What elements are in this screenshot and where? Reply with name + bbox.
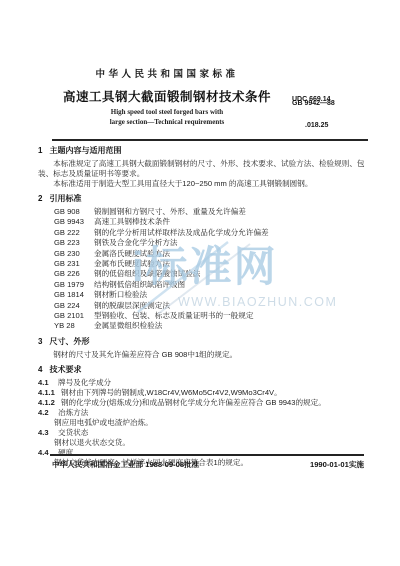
section-4-title: 技术要求: [49, 365, 81, 374]
section-3-paragraph-1: 钢材的尺寸及其允许偏差应符合 GB 908中1组的规定。: [38, 350, 368, 360]
ref-standard-code: GB 231: [54, 259, 94, 269]
clause-line: 4.2冶炼方法: [38, 408, 368, 418]
udc-classification: UDC 669.14 .018.25: [292, 79, 331, 147]
ref-standard-name: 金属布氏硬度试验方法: [94, 259, 170, 268]
document-title: 高速工具钢大截面锻制钢材技术条件: [0, 87, 334, 105]
ref-standard-code: GB 223: [54, 238, 94, 248]
footer: 中华人民共和国冶金工业部 1988-09-08批准 1990-01-01实施: [52, 459, 364, 470]
ref-standard-code: GB 222: [54, 228, 94, 238]
section-2-heading: 2引用标准: [38, 194, 368, 204]
ref-standard-code: GB 9943: [54, 217, 94, 227]
ref-standard-row: GB 908锻制圆钢和方钢尺寸、外形、重量及允许偏差: [54, 207, 368, 217]
ref-standard-name: 金属洛氏硬度试验方法: [94, 249, 170, 258]
scanned-standard-document-page: 中华人民共和国国家标准 高速工具钢大截面锻制钢材技术条件 High speed …: [0, 0, 400, 566]
clause-line: 4.1牌号及化学成分: [38, 378, 368, 388]
subtitle-line-1: High speed tool steel forged bars with: [0, 107, 334, 117]
header-divider-rule: [52, 139, 368, 141]
section-3-title: 尺寸、外形: [49, 337, 89, 346]
section-1-heading: 1主题内容与适用范围: [38, 146, 368, 156]
clause-line: 4.3交货状态: [38, 428, 368, 438]
ref-standard-name: 钢的脱碳层深度测定法: [94, 301, 170, 310]
ref-standard-name: 结构钢低倍组织缺陷评级图: [94, 280, 185, 289]
clause-number: 4.1: [38, 378, 52, 388]
section-1-paragraph-2: 本标准适用于制造大型工具用直径大于120~250 mm 的高速工具钢锻制圆钢。: [38, 179, 368, 189]
ref-standard-code: GB 226: [54, 269, 94, 279]
ref-standard-row: GB 224钢的脱碳层深度测定法: [54, 301, 368, 311]
subtitle-line-2: large section—Technical requirements: [0, 117, 334, 127]
section-4-number: 4: [38, 365, 42, 375]
standard-number: GB 9942—88: [292, 100, 335, 107]
ref-standard-code: GB 224: [54, 301, 94, 311]
ref-standard-row: GB 9943高速工具钢棒技术条件: [54, 217, 368, 227]
ref-standard-row: YB 28金属显微组织检验法: [54, 321, 368, 331]
section-3-heading: 3尺寸、外形: [38, 337, 368, 347]
clause-text: 钢的化学成分(熔炼成分)和成品钢材化学成分允许偏差应符合 GB 9943的规定。: [61, 398, 326, 407]
ref-standard-name: 钢铁及合金化学分析方法: [94, 238, 178, 247]
document-body: 1主题内容与适用范围 本标准规定了高速工具钢大截面锻制钢材的尺寸、外形、技术要求…: [38, 146, 368, 468]
ref-standard-code: GB 1979: [54, 280, 94, 290]
ref-standard-name: 锻制圆钢和方钢尺寸、外形、重量及允许偏差: [94, 207, 246, 216]
clause-line: 4.1.2钢的化学成分(熔炼成分)和成品钢材化学成分允许偏差应符合 GB 994…: [38, 398, 368, 408]
ref-standard-row: GB 230金属洛氏硬度试验方法: [54, 249, 368, 259]
footer-approval-text: 中华人民共和国冶金工业部 1988-09-08批准: [52, 459, 199, 470]
clause-text: 冶炼方法: [58, 408, 88, 417]
clause-text: 牌号及化学成分: [58, 378, 111, 387]
ref-standard-row: GB 1814钢材断口检验法: [54, 290, 368, 300]
section-2-title: 引用标准: [49, 194, 81, 203]
footer-implementation-date: 1990-01-01实施: [310, 459, 364, 470]
ref-standard-name: 高速工具钢棒技术条件: [94, 217, 170, 226]
clause-body-text: 钢材以退火状态交货。: [38, 438, 368, 448]
ref-standard-code: GB 2101: [54, 311, 94, 321]
ref-standard-row: GB 2101型钢验收、包装、标志及质量证明书的一般规定: [54, 311, 368, 321]
ref-standard-code: GB 230: [54, 249, 94, 259]
section-1-title: 主题内容与适用范围: [49, 146, 121, 155]
section-4-heading: 4技术要求: [38, 365, 368, 375]
ref-standard-code: GB 1814: [54, 290, 94, 300]
document-subtitle-english: High speed tool steel forged bars with l…: [0, 107, 334, 127]
national-standard-label: 中华人民共和国国家标准: [0, 66, 334, 80]
ref-standard-code: YB 28: [54, 321, 94, 331]
clause-body-text: 钢应用电弧炉或电渣炉冶炼。: [38, 418, 368, 428]
udc-line-2: .018.25: [292, 122, 331, 131]
clause-number: 4.2: [38, 408, 52, 418]
section-2-number: 2: [38, 194, 42, 204]
ref-standard-row: GB 1979结构钢低倍组织缺陷评级图: [54, 280, 368, 290]
clause-number: 4.1.2: [38, 398, 55, 408]
clause-number: 4.1.1: [38, 388, 55, 398]
referenced-standards-list: GB 908锻制圆钢和方钢尺寸、外形、重量及允许偏差 GB 9943高速工具钢棒…: [38, 207, 368, 332]
ref-standard-name: 钢的化学分析用试样取样法及成品化学成分允许偏差: [94, 228, 269, 237]
section-1-number: 1: [38, 146, 42, 156]
ref-standard-code: GB 908: [54, 207, 94, 217]
clause-text: 钢材由下列牌号的钢制成,W18Cr4V,W6Mo5Cr4V2,W9Mo3Cr4V…: [61, 388, 282, 397]
footer-divider-rule: [50, 454, 364, 456]
ref-standard-name: 钢的低倍组织及缺陷酸蚀试验法: [94, 269, 200, 278]
ref-standard-name: 钢材断口检验法: [94, 290, 147, 299]
clause-line: 4.1.1钢材由下列牌号的钢制成,W18Cr4V,W6Mo5Cr4V2,W9Mo…: [38, 388, 368, 398]
clause-text: 交货状态: [58, 428, 88, 437]
ref-standard-name: 型钢验收、包装、标志及质量证明书的一般规定: [94, 311, 253, 320]
section-3-number: 3: [38, 337, 42, 347]
ref-standard-name: 金属显微组织检验法: [94, 321, 162, 330]
clause-number: 4.3: [38, 428, 52, 438]
ref-standard-row: GB 226钢的低倍组织及缺陷酸蚀试验法: [54, 269, 368, 279]
section-1-paragraph-1: 本标准规定了高速工具钢大截面锻制钢材的尺寸、外形、技术要求、试验方法、检验规则、…: [38, 159, 368, 179]
ref-standard-row: GB 223钢铁及合金化学分析方法: [54, 238, 368, 248]
ref-standard-row: GB 222钢的化学分析用试样取样法及成品化学成分允许偏差: [54, 228, 368, 238]
ref-standard-row: GB 231金属布氏硬度试验方法: [54, 259, 368, 269]
